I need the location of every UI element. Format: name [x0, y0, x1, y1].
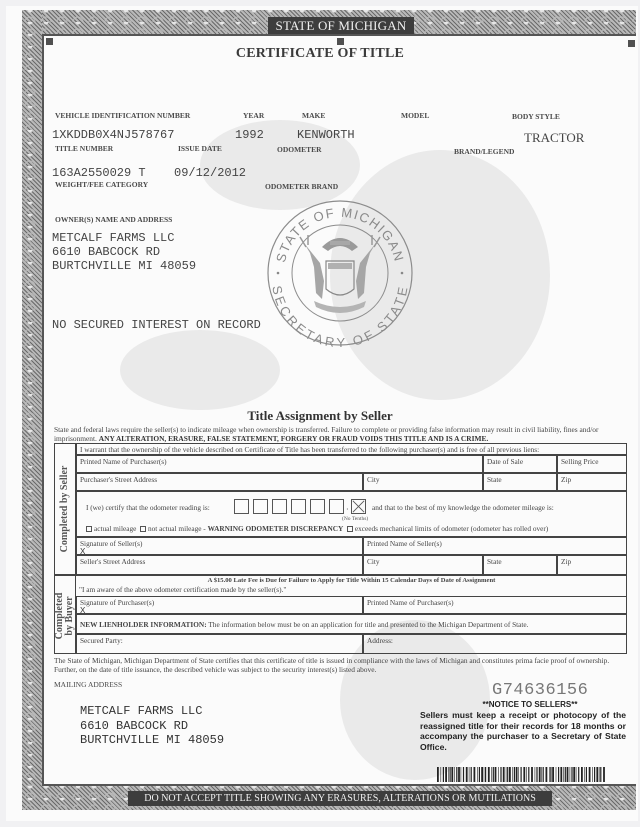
field-label: Zip: [561, 557, 571, 566]
make-value: KENWORTH: [297, 128, 355, 142]
seller-street-field[interactable]: Seller's Street Address: [76, 555, 363, 575]
exceeds-limits-label: exceeds mechanical limits of odometer (o…: [355, 524, 548, 533]
mailing-line-2: 6610 BABCOCK RD: [80, 719, 188, 734]
mailing-line-1: METCALF FARMS LLC: [80, 704, 202, 719]
year-value: 1992: [235, 128, 264, 142]
odometer-label: ODOMETER: [277, 145, 322, 154]
mileage-options: actual mileage not actual mileage - WARN…: [86, 524, 548, 533]
buyer-side-label: Completedby Buyer: [55, 576, 75, 656]
field-label: Zip: [561, 475, 571, 484]
field-label: Signature of Seller(s): [80, 539, 142, 548]
purchaser-street-field[interactable]: Purchaser's Street Address: [76, 473, 363, 491]
field-label: City: [367, 557, 380, 566]
issue-date-label: ISSUE DATE: [178, 144, 222, 153]
seller-side-label: Completed by Seller: [60, 449, 70, 569]
tenths-crossed-box-icon: [351, 499, 366, 514]
field-label: City: [367, 475, 380, 484]
discrepancy-warning: WARNING ODOMETER DISCREPANCY: [208, 524, 344, 533]
field-label: Address:: [367, 636, 393, 645]
document-title: CERTIFICATE OF TITLE: [0, 46, 640, 62]
actual-mileage-checkbox[interactable]: [86, 526, 92, 532]
owner-label: OWNER(S) NAME AND ADDRESS: [55, 215, 172, 224]
lienholder-text: The information below must be on an appl…: [207, 620, 529, 629]
assignment-title: Title Assignment by Seller: [0, 408, 640, 424]
vin-value: 1XKDDB0X4NJ578767: [52, 128, 174, 142]
decimal-point: ·: [346, 505, 349, 514]
signature-x-mark: X: [80, 547, 359, 555]
state-banner: STATE OF MICHIGAN: [268, 17, 414, 34]
not-actual-mileage-label: not actual mileage -: [148, 524, 208, 533]
year-label: YEAR: [243, 111, 264, 120]
title-number-value: 163A2550029 T: [52, 166, 146, 180]
field-label: Purchaser's Street Address: [80, 475, 157, 484]
purchaser-city-field[interactable]: City: [363, 473, 483, 491]
lienholder-info: NEW LIENHOLDER INFORMATION: The informat…: [76, 614, 627, 634]
date-of-sale-field[interactable]: Date of Sale: [483, 455, 557, 473]
lienholder-heading: NEW LIENHOLDER INFORMATION:: [80, 620, 207, 629]
secured-party-address-field[interactable]: Address:: [363, 634, 627, 654]
field-label: Date of Sale: [487, 457, 523, 466]
barcode-icon: [437, 767, 607, 782]
state-certification: The State of Michigan, Michigan Departme…: [54, 656, 626, 674]
odometer-digit-1[interactable]: [234, 499, 249, 514]
owner-line-1: METCALF FARMS LLC: [52, 231, 174, 245]
purchaser-printed-name-field[interactable]: Printed Name of Purchaser(s): [363, 596, 627, 614]
warrant-statement: I warrant that the ownership of the vehi…: [76, 443, 627, 455]
seller-printed-name-field[interactable]: Printed Name of Seller(s): [363, 537, 627, 555]
odometer-digit-6[interactable]: [329, 499, 344, 514]
buyer-side-label-line2: by Buyer: [64, 596, 75, 635]
registration-mark: [337, 38, 344, 45]
field-label: State: [487, 475, 502, 484]
odometer-digit-4[interactable]: [291, 499, 306, 514]
model-label: MODEL: [401, 111, 429, 120]
buyer-acknowledgement: "I am aware of the above odometer certif…: [79, 585, 286, 594]
odometer-brand-label: ODOMETER BRAND: [265, 182, 338, 191]
odometer-digit-5[interactable]: [310, 499, 325, 514]
odometer-digit-3[interactable]: [272, 499, 287, 514]
assignment-warning: State and federal laws require the selle…: [54, 425, 628, 443]
field-label: Seller's Street Address: [80, 557, 145, 566]
body-style-value: TRACTOR: [524, 130, 584, 146]
no-tenths-note: (No Tenths): [342, 516, 368, 522]
mailing-line-3: BURTCHVILLE MI 48059: [80, 733, 224, 748]
registration-mark: [46, 38, 53, 45]
purchaser-zip-field[interactable]: Zip: [557, 473, 627, 491]
secured-party-field[interactable]: Secured Party:: [76, 634, 363, 654]
svg-text:STATE OF MICHIGAN: STATE OF MICHIGAN: [273, 205, 407, 264]
field-label: Printed Name of Purchaser(s): [80, 457, 167, 466]
seller-signature-field[interactable]: Signature of Seller(s)X: [76, 537, 363, 555]
owner-line-3: BURTCHVILLE MI 48059: [52, 259, 196, 273]
footer-warning-banner: DO NOT ACCEPT TITLE SHOWING ANY ERASURES…: [128, 791, 552, 806]
odometer-after-text: and that to the best of my knowledge the…: [372, 503, 554, 512]
svg-text:SECRETARY OF STATE: SECRETARY OF STATE: [269, 284, 410, 347]
warning-bold-text: ANY ALTERATION, ERASURE, FALSE STATEMENT…: [99, 434, 488, 443]
body-style-label: BODY STYLE: [512, 112, 560, 121]
notice-body: Sellers must keep a receipt or photocopy…: [420, 710, 626, 752]
late-fee-notice: A $15.00 Late Fee is Due for Failure to …: [76, 577, 627, 584]
title-number-label: TITLE NUMBER: [55, 144, 113, 153]
field-label: Printed Name of Seller(s): [367, 539, 442, 548]
vin-label: VEHICLE IDENTIFICATION NUMBER: [55, 111, 190, 120]
issue-date-value: 09/12/2012: [174, 166, 246, 180]
inner-rule: [42, 34, 636, 36]
owner-line-2: 6610 BABCOCK RD: [52, 245, 160, 259]
purchaser-signature-field[interactable]: Signature of Purchaser(s)X: [76, 596, 363, 614]
signature-x-mark: X: [80, 606, 359, 614]
exceeds-limits-checkbox[interactable]: [347, 526, 353, 532]
field-label: Secured Party:: [80, 636, 123, 645]
notice-title: **NOTICE TO SELLERS**: [430, 700, 630, 709]
seller-zip-field[interactable]: Zip: [557, 555, 627, 575]
field-label: Selling Price: [561, 457, 599, 466]
purchaser-state-field[interactable]: State: [483, 473, 557, 491]
document-number: G74636156: [492, 681, 588, 700]
field-label: Signature of Purchaser(s): [80, 598, 154, 607]
field-label: Printed Name of Purchaser(s): [367, 598, 454, 607]
seller-city-field[interactable]: City: [363, 555, 483, 575]
seller-state-field[interactable]: State: [483, 555, 557, 575]
weight-fee-label: WEIGHT/FEE CATEGORY: [55, 180, 148, 189]
not-actual-mileage-checkbox[interactable]: [140, 526, 146, 532]
selling-price-field[interactable]: Selling Price: [557, 455, 627, 473]
field-label: State: [487, 557, 502, 566]
odometer-digit-2[interactable]: [253, 499, 268, 514]
security-interest-status: NO SECURED INTEREST ON RECORD: [52, 318, 261, 332]
make-label: MAKE: [302, 111, 325, 120]
brand-legend-label: BRAND/LEGEND: [454, 147, 514, 156]
actual-mileage-label: actual mileage: [94, 524, 136, 533]
inner-rule: [42, 784, 636, 786]
mailing-address-label: MAILING ADDRESS: [54, 680, 122, 689]
purchaser-name-field[interactable]: Printed Name of Purchaser(s): [76, 455, 483, 473]
odometer-certify-text: I (we) certify that the odometer reading…: [86, 503, 210, 512]
state-seal-icon: STATE OF MICHIGAN SECRETARY OF STATE: [264, 197, 416, 347]
